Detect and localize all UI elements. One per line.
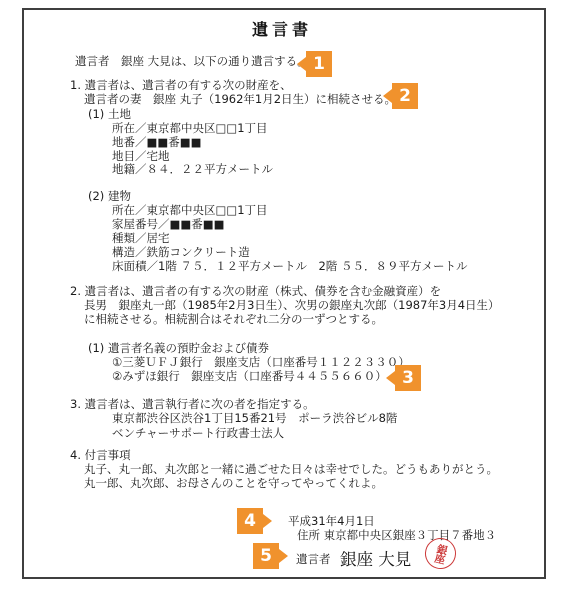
building-detail-house-number: 家屋番号／■■番■■ bbox=[112, 218, 224, 232]
will-date: 平成31年4月1日 bbox=[288, 515, 375, 529]
callout-badge-5: 5 bbox=[253, 543, 279, 569]
callout-number-1: 1 bbox=[313, 54, 325, 74]
building-label: (2) 建物 bbox=[88, 190, 131, 204]
section2-share-line: に相続させる。相続割合はそれぞれ二分の一ずつとする。 bbox=[84, 313, 383, 327]
final-message-line-2: 丸一郎、丸次郎、お母さんのことを守ってやってくれよ。 bbox=[84, 477, 383, 491]
callout-number-3: 3 bbox=[402, 368, 414, 388]
executor-name: ベンチャーサポート行政書士法人 bbox=[112, 427, 284, 441]
deposit-account-1: ①三菱ＵＦＪ銀行 銀座支店（口座番号１１２２３３０） bbox=[112, 356, 410, 370]
land-detail-area: 地籍／８４．２２平方メートル bbox=[112, 163, 273, 177]
deposit-account-2: ②みずほ銀行 銀座支店（口座番号４４５５６６０） bbox=[112, 370, 387, 384]
section1-heading-continuation: 遺言者の妻 銀座 丸子（1962年1月2日生）に相続させる。 bbox=[84, 93, 396, 107]
deposits-label: (1) 遺言者名義の預貯金および債券 bbox=[88, 342, 269, 356]
section1-heading: 1. 遺言者は、遺言者の有する次の財産を、 bbox=[70, 79, 292, 93]
callout-number-4: 4 bbox=[244, 511, 256, 531]
testator-label: 遺言者 bbox=[296, 551, 331, 567]
callout-badge-3: 3 bbox=[395, 365, 421, 391]
callout-badge-2: 2 bbox=[392, 83, 418, 109]
callout-badge-4: 4 bbox=[237, 508, 263, 534]
testator-name: 銀座 大見 bbox=[340, 546, 411, 570]
building-detail-location: 所在／東京都中央区□□1丁目 bbox=[112, 204, 268, 218]
section3-heading: 3. 遺言者は、遺言執行者に次の者を指定する。 bbox=[70, 398, 315, 412]
land-detail-lot-number: 地番／■■番■■ bbox=[112, 136, 201, 150]
land-detail-location: 所在／東京都中央区□□1丁目 bbox=[112, 122, 268, 136]
seal-text: 銀座 bbox=[433, 543, 448, 564]
testator-address: 住所 東京都中央区銀座３丁目７番地３ bbox=[297, 529, 496, 543]
section4-heading: 4. 付言事項 bbox=[70, 449, 131, 463]
callout-badge-1: 1 bbox=[306, 51, 332, 77]
document-title: 遺言書 bbox=[0, 17, 564, 40]
callout-number-2: 2 bbox=[399, 86, 411, 106]
will-document-page: 遺言書 遺言者 銀座 大見は、以下の通り遺言する。 1. 遺言者は、遺言者の有す… bbox=[0, 0, 564, 594]
building-detail-structure: 構造／鉄筋コンクリート造 bbox=[112, 246, 250, 260]
building-detail-type: 種類／居宅 bbox=[112, 232, 170, 246]
callout-number-5: 5 bbox=[260, 546, 272, 566]
section2-heirs-line: 長男 銀座丸一郎（1985年2月3日生）、次男の銀座丸次郎（1987年3月4日生… bbox=[84, 299, 500, 313]
section2-heading: 2. 遺言者は、遺言者の有する次の財産（株式、債券を含む金融資産）を bbox=[70, 285, 441, 299]
land-label: (1) 土地 bbox=[88, 108, 131, 122]
final-message-line-1: 丸子、丸一郎、丸次郎と一緒に過ごせた日々は幸せでした。どうもありがとう。 bbox=[84, 463, 498, 477]
executor-address: 東京都渋谷区渋谷1丁目15番21号 ポーラ渋谷ビル8階 bbox=[112, 412, 397, 426]
declaration-line: 遺言者 銀座 大見は、以下の通り遺言する。 bbox=[75, 55, 309, 69]
building-detail-floor-area: 床面積／1階 ７５．１２平方メートル 2階 ５５．８９平方メートル bbox=[112, 260, 467, 274]
